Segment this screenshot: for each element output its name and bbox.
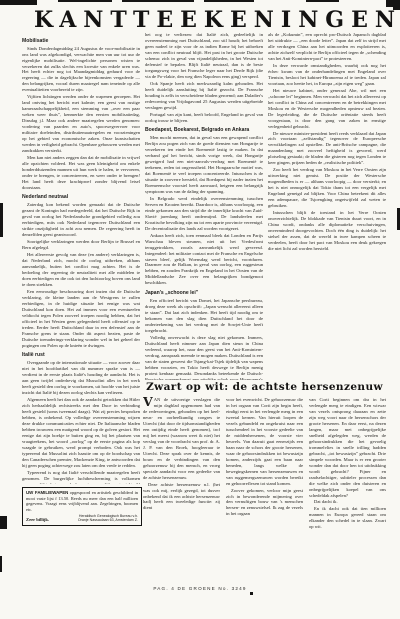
scan-artifact xyxy=(306,0,339,2)
paragraph: voor het evenwicht. De gehoorzenuw die i… xyxy=(226,397,303,487)
paragraph: het oog te verliezen: dat Italië zich, g… xyxy=(145,32,263,80)
paragraph: van Corti beginnen om dra in het verleng… xyxy=(309,397,386,498)
paragraph: Een officieel bericht van Domei, het Jap… xyxy=(145,298,263,334)
paragraph: Overgaande op de internationale situatie… xyxy=(22,360,140,396)
paragraph: Zoo heeft het verdrag van Moskou in het … xyxy=(268,167,386,209)
scan-artifact xyxy=(204,0,254,2)
drop-cap: V xyxy=(143,397,154,408)
paragraph: De nieuwe minister-president heeft reeds… xyxy=(268,131,386,167)
scan-artifact xyxy=(250,592,253,595)
paragraph: En ik dacht ook dat tien millioen mannen… xyxy=(309,506,386,530)
paragraph: Soortgelijke verklaringen werden door Be… xyxy=(22,239,140,251)
paragraph: Vijftien lichtingen werden onder de wape… xyxy=(22,94,140,154)
paragraph: Sinds Donderdagmiddag 24 Augustus de voo… xyxy=(22,46,140,94)
paragraph: In deze verwarde omstandigheden, waarbij… xyxy=(268,63,386,87)
paragraph: Het nieuwe kabinet, onder generaal Abe, … xyxy=(268,88,386,130)
paragraph: Volledig onverwacht is deze slag niet ge… xyxy=(145,335,263,380)
scan-artifact xyxy=(0,556,2,572)
ad-note: Zeer billijk. xyxy=(26,517,49,523)
ad-address-line: Heraldisch Genealogisch Bureau v.h. xyxy=(79,514,138,518)
feature-column-1: VAN de uitvoerige verslagen die mijn dag… xyxy=(143,397,220,585)
paragraph: Dat dacht ik. xyxy=(309,499,386,505)
scan-artifact xyxy=(122,0,194,2)
feature-zwart-op-wit: Zwart op wit: de achtste hersenzenuw VAN… xyxy=(143,381,386,585)
scan-artifact xyxy=(0,203,3,237)
feature-column-3: van Corti beginnen om dra in het verleng… xyxy=(309,397,386,585)
section-heading-mobilisatie: Mobilisatie xyxy=(22,38,140,45)
scan-artifact xyxy=(386,0,400,7)
column-3: als de „Kokumin”, een oprecht pro-Duitsc… xyxy=(268,32,386,379)
page-title: KANTTEEKENINGEN xyxy=(34,7,392,33)
section-heading-italie-rust: Italië rust xyxy=(22,352,140,359)
scanned-newspaper-page: KANTTEEKENINGEN Mobilisatie Sinds Donder… xyxy=(0,0,400,619)
scan-artifact xyxy=(0,516,7,529)
paragraph: Zoover gekomen, verloor mijn geest zich … xyxy=(226,488,303,518)
ad-title: UW FAMILIEWAPEN xyxy=(26,490,68,495)
ad-address: Heraldisch Genealogisch Bureau v.h. Oran… xyxy=(78,514,138,523)
section-heading-boedapest: Boedapest, Boekarest, Belgrado en Ankara xyxy=(145,127,263,134)
scan-artifact xyxy=(0,0,37,5)
paragraph: Het allereerste gevolg van deze (en ande… xyxy=(22,252,140,288)
paragraph: Typeerend is nog dat Italië verschillend… xyxy=(22,470,140,484)
section-heading-japan-schoone-lei: Japan's „schoone lei” xyxy=(145,290,263,297)
paragraph: Men kan niet anders zeggen dan dat de mo… xyxy=(22,155,140,191)
paragraph: Ook Spanje heeft zich merkwaardig kalm g… xyxy=(145,81,263,111)
paragraph: Algemeen heeft het dan ook de aandacht g… xyxy=(22,397,140,469)
paragraph: In Belgrado werd eindelijk overeenstemmi… xyxy=(145,196,263,232)
ad-box-familiewapen: UW FAMILIEWAPEN opgespoord en artistiek … xyxy=(22,487,142,526)
paragraph: Men mocht meenen, dat in geval van een g… xyxy=(145,135,263,195)
ad-address-line: Oranje Nassaulaan 63, Amsterdam Z. xyxy=(78,518,138,522)
paragraph: VAN de uitvoerige verslagen die mijn dag… xyxy=(143,397,220,481)
paragraph-text: AN de uitvoerige verslagen die mijn dagb… xyxy=(143,397,220,480)
section-heading-nederland-neutraal: Nederland neutraal xyxy=(22,194,140,201)
column-2: het oog te verliezen: dat Italië zich, g… xyxy=(145,32,263,380)
scan-artifact xyxy=(58,0,112,2)
paragraph: Een eenvoudige beschouwing doet inzien d… xyxy=(22,289,140,349)
paragraph: Intusschen blijft de toestand in het Ver… xyxy=(268,210,386,252)
paragraph: Portugal van zijn kant, heeft beloofd, E… xyxy=(145,112,263,124)
feature-title: Zwart op wit: de achtste hersenzenuw xyxy=(143,381,386,393)
paragraph: als de „Kokumin”, een oprecht pro-Duitsc… xyxy=(268,32,386,62)
paragraph: Zaterdag kon bekend worden gemaakt dat d… xyxy=(22,202,140,238)
feature-column-2: voor het evenwicht. De gehoorzenuw die i… xyxy=(226,397,303,585)
page-footer: PAG. 4 DE GROENE No. 3249 xyxy=(0,586,400,591)
column-1: Mobilisatie Sinds Donderdagmiddag 24 Aug… xyxy=(22,34,140,484)
paragraph: Ankara heeft zich, toen eenmaal bleek da… xyxy=(145,233,263,287)
paragraph: Deze achtste hersenzenuw n.l. (het was o… xyxy=(143,482,220,512)
